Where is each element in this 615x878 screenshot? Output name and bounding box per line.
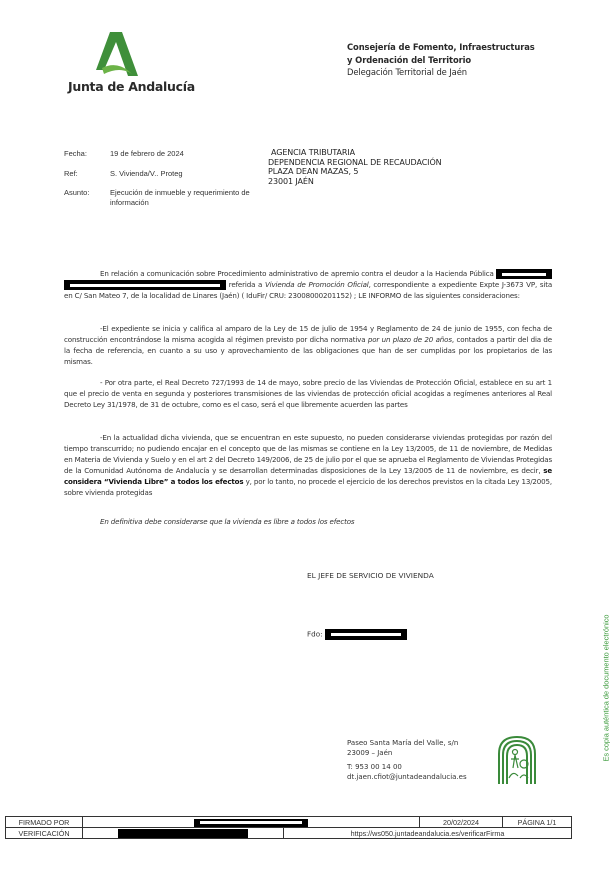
paragraph-actualidad: -En la actualidad dicha vivienda, que se…: [64, 432, 552, 498]
footer-address: Paseo Santa María del Valle, s/n 23009 –…: [347, 738, 467, 782]
asunto-label: Asunto:: [64, 188, 89, 197]
signature-date: 20/02/2024: [420, 817, 503, 828]
department-line-2: y Ordenación del Territorio: [347, 54, 535, 67]
signature-fdo: Fdo:: [307, 629, 407, 640]
junta-andalucia-logo-icon: [92, 30, 142, 80]
paragraph-expediente: -El expediente se inicia y califica al a…: [64, 323, 552, 367]
fecha-value: 19 de febrero de 2024: [110, 149, 255, 159]
recipient-line-2: DEPENDENCIA REGIONAL DE RECAUDACIÓN: [268, 158, 442, 168]
fecha-label: Fecha:: [64, 149, 87, 158]
ref-label: Ref:: [64, 169, 78, 178]
firmado-por-value: [83, 817, 420, 828]
paragraph-conclusion: En definitiva debe considerarse que la v…: [64, 516, 588, 527]
recipient-line-4: 23001 JAÉN: [268, 177, 442, 187]
page-indicator: PÁGINA 1/1: [503, 817, 572, 828]
signature-verification-table: FIRMADO POR 20/02/2024 PÁGINA 1/1 VERIFI…: [5, 816, 572, 839]
signature-title: EL JEFE DE SERVICIO DE VIVIENDA: [307, 571, 434, 580]
delegation: Delegación Territorial de Jaén: [347, 66, 535, 79]
department-line-1: Consejería de Fomento, Infraestructuras: [347, 41, 535, 54]
department-header: Consejería de Fomento, Infraestructuras …: [347, 41, 535, 79]
asunto-value: Ejecución de inmueble y requerimiento de…: [110, 188, 255, 208]
redacted-debtor-continued: [64, 280, 226, 290]
verificacion-label: VERIFICACIÓN: [6, 828, 83, 839]
ref-value: S. Vivienda/V.. Proteg: [110, 169, 255, 179]
recipient-line-3: PLAZA DEAN MAZAS, 5: [268, 167, 442, 177]
recipient-address: AGENCIA TRIBUTARIA DEPENDENCIA REGIONAL …: [268, 148, 442, 186]
paragraph-intro: En relación a comunicación sobre Procedi…: [64, 268, 552, 301]
firmado-por-label: FIRMADO POR: [6, 817, 83, 828]
redacted-verification-code: [118, 829, 248, 838]
phone: T: 953 00 14 00: [347, 762, 467, 772]
recipient-line-1: AGENCIA TRIBUTARIA: [268, 148, 442, 158]
redacted-signer: [325, 629, 407, 640]
authentic-copy-note: Es copia auténtica de documento electrón…: [602, 614, 611, 761]
verification-code: [83, 828, 284, 839]
email-link[interactable]: dt.jaen.cfiot@juntadeandalucia.es: [347, 772, 467, 782]
org-name: Junta de Andalucía: [68, 79, 195, 94]
paragraph-real-decreto: - Por otra parte, el Real Decreto 727/19…: [64, 377, 552, 410]
andalucia-crest-icon: [496, 734, 538, 786]
verify-url-link[interactable]: https://ws050.juntadeandalucia.es/verifi…: [284, 828, 572, 839]
redacted-debtor: [496, 269, 552, 279]
redacted-signer-name: [194, 819, 308, 827]
